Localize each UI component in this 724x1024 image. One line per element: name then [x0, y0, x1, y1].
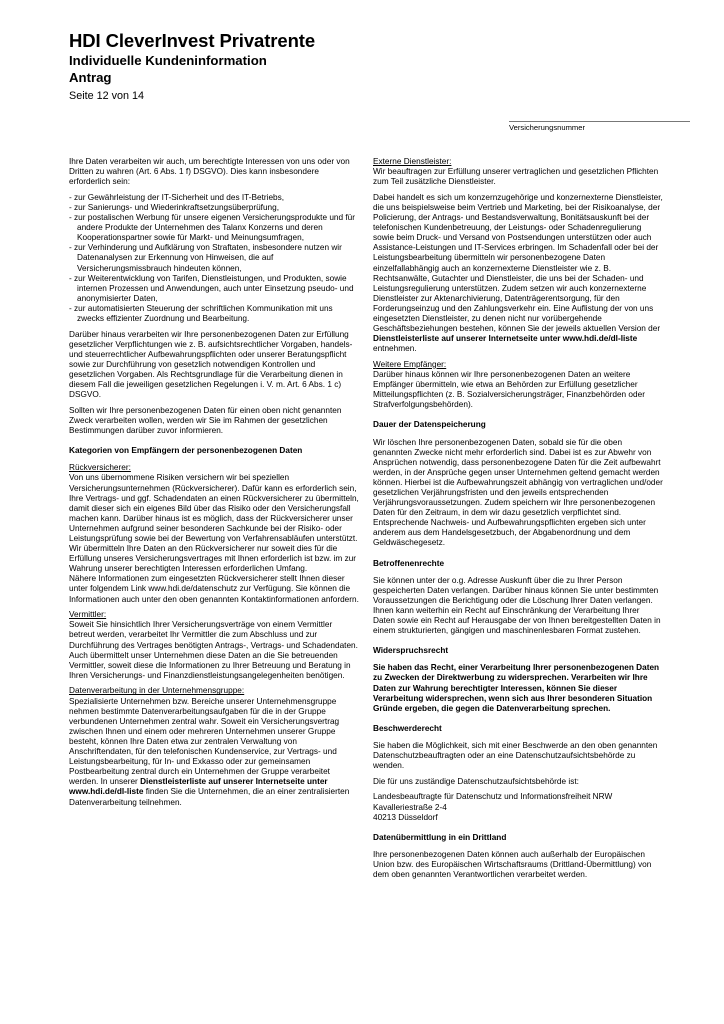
authority-intro: Die für uns zuständige Datenschutzaufsic…: [373, 777, 663, 787]
complaint-right-heading: Beschwerderecht: [373, 724, 663, 734]
list-item: - zur automatisierten Steuerung der schr…: [69, 304, 359, 324]
data-subject-rights-text: Sie können unter der o.g. Adresse Auskun…: [373, 576, 663, 637]
complaint-right-text: Sie haben die Möglichkeit, sich mit eine…: [373, 741, 663, 771]
external-text-end: entnehmen.: [373, 344, 417, 353]
objection-right-text: Sie haben das Recht, einer Verarbeitung …: [373, 663, 663, 713]
insurance-number-field: Versicherungsnummer: [509, 121, 690, 132]
list-item: - zur Sanierungs- und Wiederinkraftsetzu…: [69, 203, 359, 213]
list-item: - zur Gewährleistung der IT-Sicherheit u…: [69, 193, 359, 203]
objection-right-heading: Widerspruchsrecht: [373, 646, 663, 656]
broker-label: Vermittler:: [69, 610, 359, 620]
right-column: Externe Dienstleister: Wir beauftragen z…: [373, 157, 663, 886]
page-number: Seite 12 von 14: [69, 89, 315, 104]
legitimate-interest-intro: Ihre Daten verarbeiten wir auch, um bere…: [69, 157, 359, 187]
data-subject-rights-heading: Betroffenenrechte: [373, 559, 663, 569]
storage-duration-text: Wir löschen Ihre personenbezogenen Daten…: [373, 438, 663, 549]
reinsurer-text: Von uns übernommene Risiken versichern w…: [69, 473, 359, 574]
list-item: - zur Verhinderung und Aufklärung von St…: [69, 243, 359, 273]
third-country-heading: Datenübermittlung in ein Drittland: [373, 833, 663, 843]
external-providers-text: Dabei handelt es sich um konzernzugehöri…: [373, 193, 663, 355]
further-recipients-label: Weitere Empfänger:: [373, 360, 663, 370]
further-recipients-text: Darüber hinaus können wir Ihre personenb…: [373, 370, 663, 410]
list-item: - zur postalischen Werbung für unsere ei…: [69, 213, 359, 243]
document-title: HDI CleverInvest Privatrente: [69, 30, 315, 52]
legal-obligations-paragraph: Darüber hinaus verarbeiten wir Ihre pers…: [69, 330, 359, 401]
other-purpose-paragraph: Sollten wir Ihre personenbezogenen Daten…: [69, 406, 359, 436]
reinsurer-more-info: Nähere Informationen zum eingesetzten Rü…: [69, 574, 359, 604]
document-header: HDI CleverInvest Privatrente Individuell…: [69, 30, 315, 104]
group-processing-text: Spezialisierte Unternehmen bzw. Bereiche…: [69, 697, 359, 808]
external-text-start: Dabei handelt es sich um konzernzugehöri…: [373, 193, 663, 333]
list-item: - zur Weiterentwicklung von Tarifen, Die…: [69, 274, 359, 304]
legitimate-interest-list: - zur Gewährleistung der IT-Sicherheit u…: [69, 193, 359, 324]
left-column: Ihre Daten verarbeiten wir auch, um bere…: [69, 157, 359, 813]
service-provider-list-link[interactable]: Dienstleisterliste auf unserer Internets…: [373, 334, 637, 343]
external-providers-label: Externe Dienstleister:: [373, 157, 663, 167]
reinsurer-label: Rückversicherer:: [69, 463, 359, 473]
document-subtitle: Individuelle Kundeninformation: [69, 52, 315, 69]
storage-duration-heading: Dauer der Datenspeicherung: [373, 420, 663, 430]
authority-street: Kavalleriestraße 2-4: [373, 803, 663, 813]
third-country-text: Ihre personenbezogenen Daten können auch…: [373, 850, 663, 880]
document-type: Antrag: [69, 69, 315, 86]
broker-text: Soweit Sie hinsichtlich Ihrer Versicheru…: [69, 620, 359, 681]
group-processing-label: Datenverarbeitung in der Unternehmensgru…: [69, 686, 359, 696]
group-text-start: Spezialisierte Unternehmen bzw. Bereiche…: [69, 697, 339, 787]
recipients-heading: Kategorien von Empfängern der personenbe…: [69, 446, 359, 456]
authority-name: Landesbeauftragte für Datenschutz und In…: [373, 792, 663, 802]
external-providers-intro: Wir beauftragen zur Erfüllung unserer ve…: [373, 167, 663, 187]
authority-city: 40213 Düsseldorf: [373, 813, 663, 823]
